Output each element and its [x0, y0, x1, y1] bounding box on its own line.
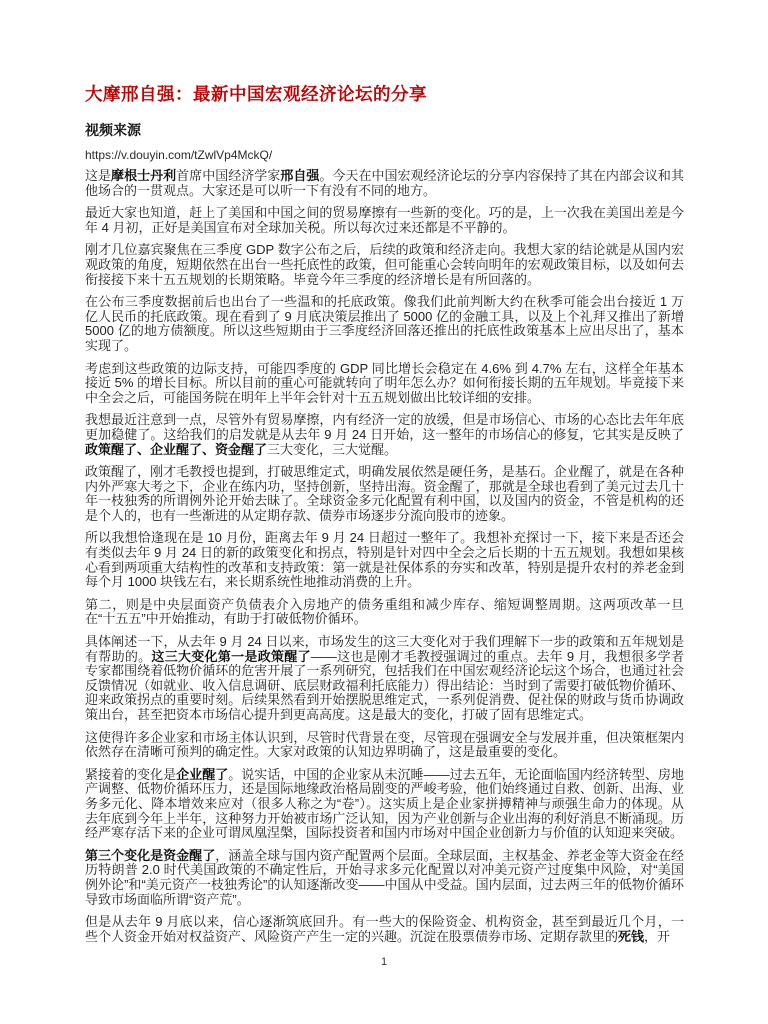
- paragraph: 紧接着的变化是企业醒了。说实话，中国的企业家从未沉睡——过去五年，无论面临国内经…: [85, 768, 684, 841]
- document-content: 大摩邢自强：最新中国宏观经济论坛的分享 视频来源 https://v.douyi…: [85, 83, 684, 952]
- paragraph: 这是摩根士丹利首席中国经济学家邢自强。今天在中国宏观经济论坛的分享内容保持了其在…: [85, 169, 684, 198]
- page-title: 大摩邢自强：最新中国宏观经济论坛的分享: [85, 83, 684, 106]
- paragraph: 所以我想恰逢现在是 10 月份，距离去年 9 月 24 日超过一整年了。我想补充…: [85, 531, 684, 589]
- paragraph: 刚才几位嘉宾聚焦在三季度 GDP 数字公布之后，后续的政策和经济走向。我想大家的…: [85, 243, 684, 287]
- paragraph: 考虑到这些政策的边际支持，可能四季度的 GDP 同比增长会稳定在 4.6% 到 …: [85, 362, 684, 406]
- paragraph: 最近大家也知道，赶上了美国和中国之间的贸易摩擦有一些新的变化。巧的是，上一次我在…: [85, 206, 684, 235]
- video-source-heading: 视频来源: [85, 121, 684, 139]
- page-number: 1: [0, 956, 768, 968]
- video-url-text: https://v.douyin.com/tZwlVp4MckQ/: [85, 148, 684, 162]
- paragraph: 但是从去年 9 月底以来，信心逐渐筑底回升。有一些大的保险资金、机构资金，甚至到…: [85, 915, 684, 944]
- document-body: 这是摩根士丹利首席中国经济学家邢自强。今天在中国宏观经济论坛的分享内容保持了其在…: [85, 169, 684, 944]
- paragraph: 具体阐述一下，从去年 9 月 24 日以来，市场发生的这三大变化对于我们理解下一…: [85, 635, 684, 723]
- paragraph: 这使得许多企业家和市场主体认识到，尽管时代背景在变，尽管现在强调安全与发展并重，…: [85, 731, 684, 760]
- paragraph: 第二，则是中央层面资产负债表介入房地产的债务重组和减少库存、缩短调整周期。这两项…: [85, 598, 684, 627]
- paragraph: 我想最近注意到一点，尽管外有贸易摩擦，内有经济一定的放缓，但是市场信心、市场的心…: [85, 413, 684, 457]
- paragraph: 政策醒了，刚才毛教授也提到，打破思维定式，明确发展依然是硬任务，是基石。企业醒了…: [85, 465, 684, 523]
- paragraph: 第三个变化是资金醒了，涵盖全球与国内资产配置两个层面。全球层面，主权基金、养老金…: [85, 849, 684, 907]
- paragraph: 在公布三季度数据前后也出台了一些温和的托底政策。像我们此前判断大约在秋季可能会出…: [85, 295, 684, 353]
- document-page: 大摩邢自强：最新中国宏观经济论坛的分享 视频来源 https://v.douyi…: [0, 0, 768, 1024]
